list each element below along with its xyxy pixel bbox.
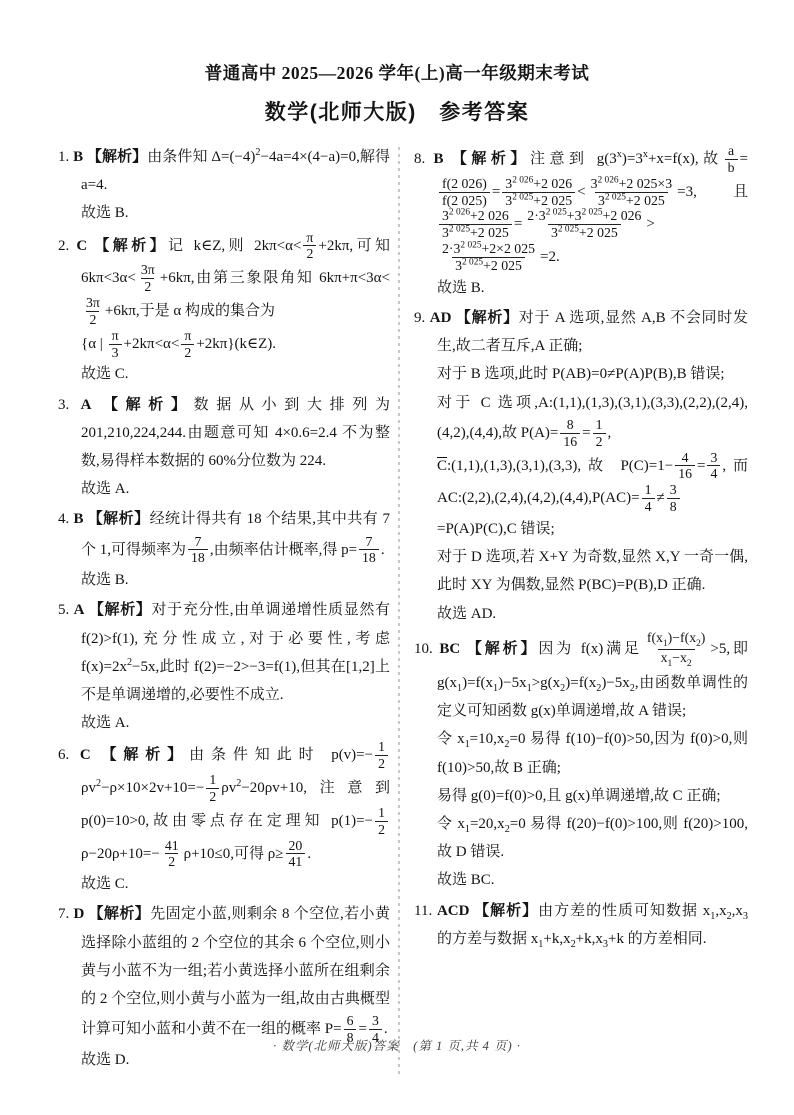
answer-paragraph: 10. BC 【解析】因为 f(x)满足f(x1)−f(x2)x1−x2>5,即… [437,630,748,726]
answer-paragraph: 6. C 【解析】由条件知此时 p(v)=−12ρv2−ρ×10×2v+10=−… [81,739,390,870]
answer-paragraph: 对于 B 选项,此时 P(AB)=0≠P(A)P(B),B 错误; [437,360,748,388]
answer-item: 10. BC 【解析】因为 f(x)满足f(x1)−f(x2)x1−x2>5,即… [414,630,748,895]
answer-paragraph: 易得 g(0)=f(0)>0,且 g(x)单调递增,故 C 正确; [437,782,748,810]
answer-paragraph: 对于 D 选项,若 X+Y 为奇数,显然 X,Y 一奇一偶,此时 XY 为偶数,… [437,543,748,599]
answer-paragraph: C:(1,1),(1,3),(3,1),(3,3),故 P(C)=1−416=3… [437,450,748,544]
answer-paragraph: 7. D 【解析】先固定小蓝,则剩余 8 个空位,若小黄选择除小蓝组的 2 个空… [81,900,390,1045]
page-header: 普通高中 2025—2026 学年(上)高一年级期末考试 数学(北师大版) 参考… [0,0,794,126]
answer-paragraph: 3. A 【解析】数据从小到大排列为 201,210,224,244.由题意可知… [81,391,390,476]
answer-paragraph: 故选 C. [81,870,390,898]
answer-paragraph: 故选 B. [81,199,390,227]
answer-paragraph: 故选 C. [81,360,390,388]
answer-item: 3. A 【解析】数据从小到大排列为 201,210,224,244.由题意可知… [58,391,390,504]
answer-paragraph: 8. B 【解析】注意到 g(3x)=3x+x=f(x),故ab=f(2 026… [437,143,748,274]
exam-title: 普通高中 2025—2026 学年(上)高一年级期末考试 [0,60,794,85]
answer-paragraph: 5. A 【解析】对于充分性,由单调递增性质显然有 f(2)>f(1),充分性成… [81,596,390,709]
answer-item: 2. C 【解析】记 k∈Z,则 2kπ<α<π2+2kπ,可知 6kπ<3α<… [58,230,390,389]
answer-paragraph: 故选 B. [81,566,390,594]
answer-item: 4. B 【解析】经统计得共有 18 个结果,其中共有 7 个 1,可得频率为7… [58,505,390,594]
answers-content: 1. B 【解析】由条件知 Δ=(−4)2−4a=4×(4−a)=0,解得 a=… [58,143,748,1076]
answer-paragraph: 故选 AD. [437,600,748,628]
answer-paragraph: 11. ACD 【解析】由方差的性质可知数据 x1,x2,x3 的方差与数据 x… [437,897,748,953]
answers-right-column: 8. B 【解析】注意到 g(3x)=3x+x=f(x),故ab=f(2 026… [414,143,748,955]
page-footer: · 数学(北师大版)答案 (第 1 页,共 4 页) · [0,1036,794,1054]
answer-item: 9. AD 【解析】对于 A 选项,显然 A,B 不会同时发生,故二者互斥,A … [414,304,748,628]
column-divider [398,147,400,1076]
answer-item: 8. B 【解析】注意到 g(3x)=3x+x=f(x),故ab=f(2 026… [414,143,748,302]
answer-item: 1. B 【解析】由条件知 Δ=(−4)2−4a=4×(4−a)=0,解得 a=… [58,143,390,228]
answer-paragraph: 故选 A. [81,709,390,737]
answer-paragraph: {α | π3+2kπ<α<π2+2kπ}(k∈Z). [81,328,390,361]
answer-key-page: { "header": { "title_line1": "普通高中 2025—… [0,0,794,1115]
answer-paragraph: 4. B 【解析】经统计得共有 18 个结果,其中共有 7 个 1,可得频率为7… [81,505,390,566]
answer-item: 5. A 【解析】对于充分性,由单调递增性质显然有 f(2)>f(1),充分性成… [58,596,390,737]
answer-item: 6. C 【解析】由条件知此时 p(v)=−12ρv2−ρ×10×2v+10=−… [58,739,390,898]
answer-paragraph: 1. B 【解析】由条件知 Δ=(−4)2−4a=4×(4−a)=0,解得 a=… [81,143,390,199]
answer-key-title: 数学(北师大版) 参考答案 [0,96,794,126]
answers-left-column: 1. B 【解析】由条件知 Δ=(−4)2−4a=4×(4−a)=0,解得 a=… [58,143,390,1076]
answer-paragraph: 9. AD 【解析】对于 A 选项,显然 A,B 不会同时发生,故二者互斥,A … [437,304,748,360]
answer-paragraph: 令 x1=20,x2=0 易得 f(20)−f(0)>100,则 f(20)>1… [437,810,748,866]
answer-paragraph: 故选 A. [81,475,390,503]
answer-paragraph: 对于 C 选项,A:(1,1),(1,3),(3,1),(3,3),(2,2),… [437,389,748,450]
answer-paragraph: 故选 B. [437,274,748,302]
answer-item: 11. ACD 【解析】由方差的性质可知数据 x1,x2,x3 的方差与数据 x… [414,897,748,953]
answer-paragraph: 令 x1=10,x2=0 易得 f(10)−f(0)>50,因为 f(0)>0,… [437,725,748,781]
answer-paragraph: 2. C 【解析】记 k∈Z,则 2kπ<α<π2+2kπ,可知 6kπ<3α<… [81,230,390,328]
answer-paragraph: 故选 BC. [437,866,748,894]
